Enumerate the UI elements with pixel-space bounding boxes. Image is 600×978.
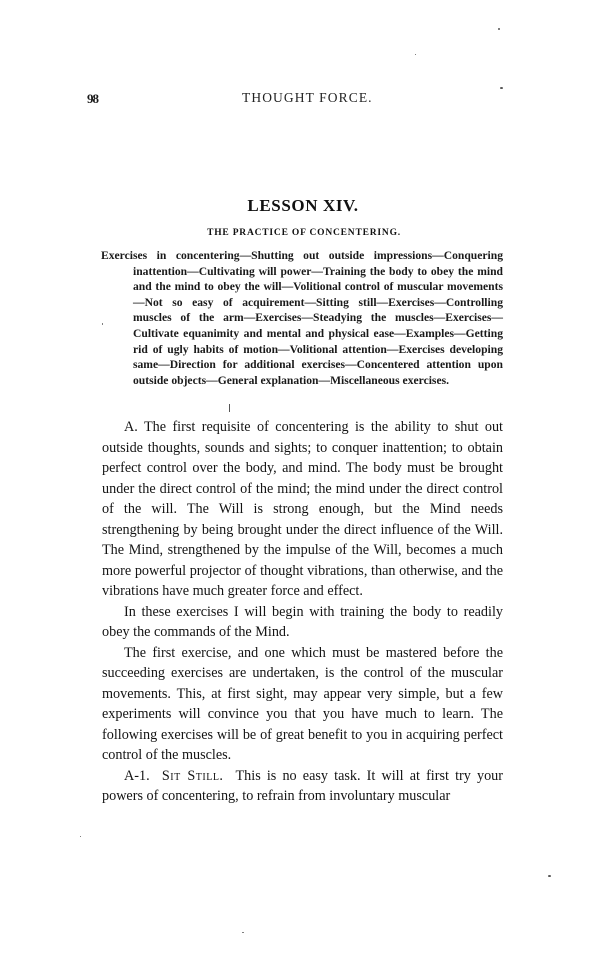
paragraph: The first exercise, and one which must b… [102,643,503,766]
exercise-paragraph: A-1. Sit Still. This is no easy task. It… [102,766,503,807]
exercise-heading: Sit Still. [162,768,224,784]
lesson-title: LESSON XIV. [0,196,600,216]
body-text: A. The first requisite of concentering i… [102,417,503,807]
exercise-label: A-1. [124,768,150,784]
scan-speck [415,54,416,55]
scan-speck [500,87,503,89]
scan-speck [229,404,230,412]
scan-speck [242,932,244,933]
paragraph: A. The first requisite of concentering i… [102,417,503,602]
scan-speck [498,28,500,30]
lesson-subtitle: THE PRACTICE OF CONCENTERING. [0,228,600,238]
scan-speck [80,836,81,837]
scan-speck [548,875,551,877]
scan-speck [102,323,103,325]
lesson-summary: Exercises in concentering—Shutting out o… [101,248,503,388]
running-title: THOUGHT FORCE. [242,90,373,106]
book-page: 98 THOUGHT FORCE. LESSON XIV. THE PRACTI… [0,0,600,978]
page-number: 98 [87,91,98,107]
running-header: 98 THOUGHT FORCE. [0,88,600,108]
paragraph: In these exercises I will begin with tra… [102,602,503,643]
